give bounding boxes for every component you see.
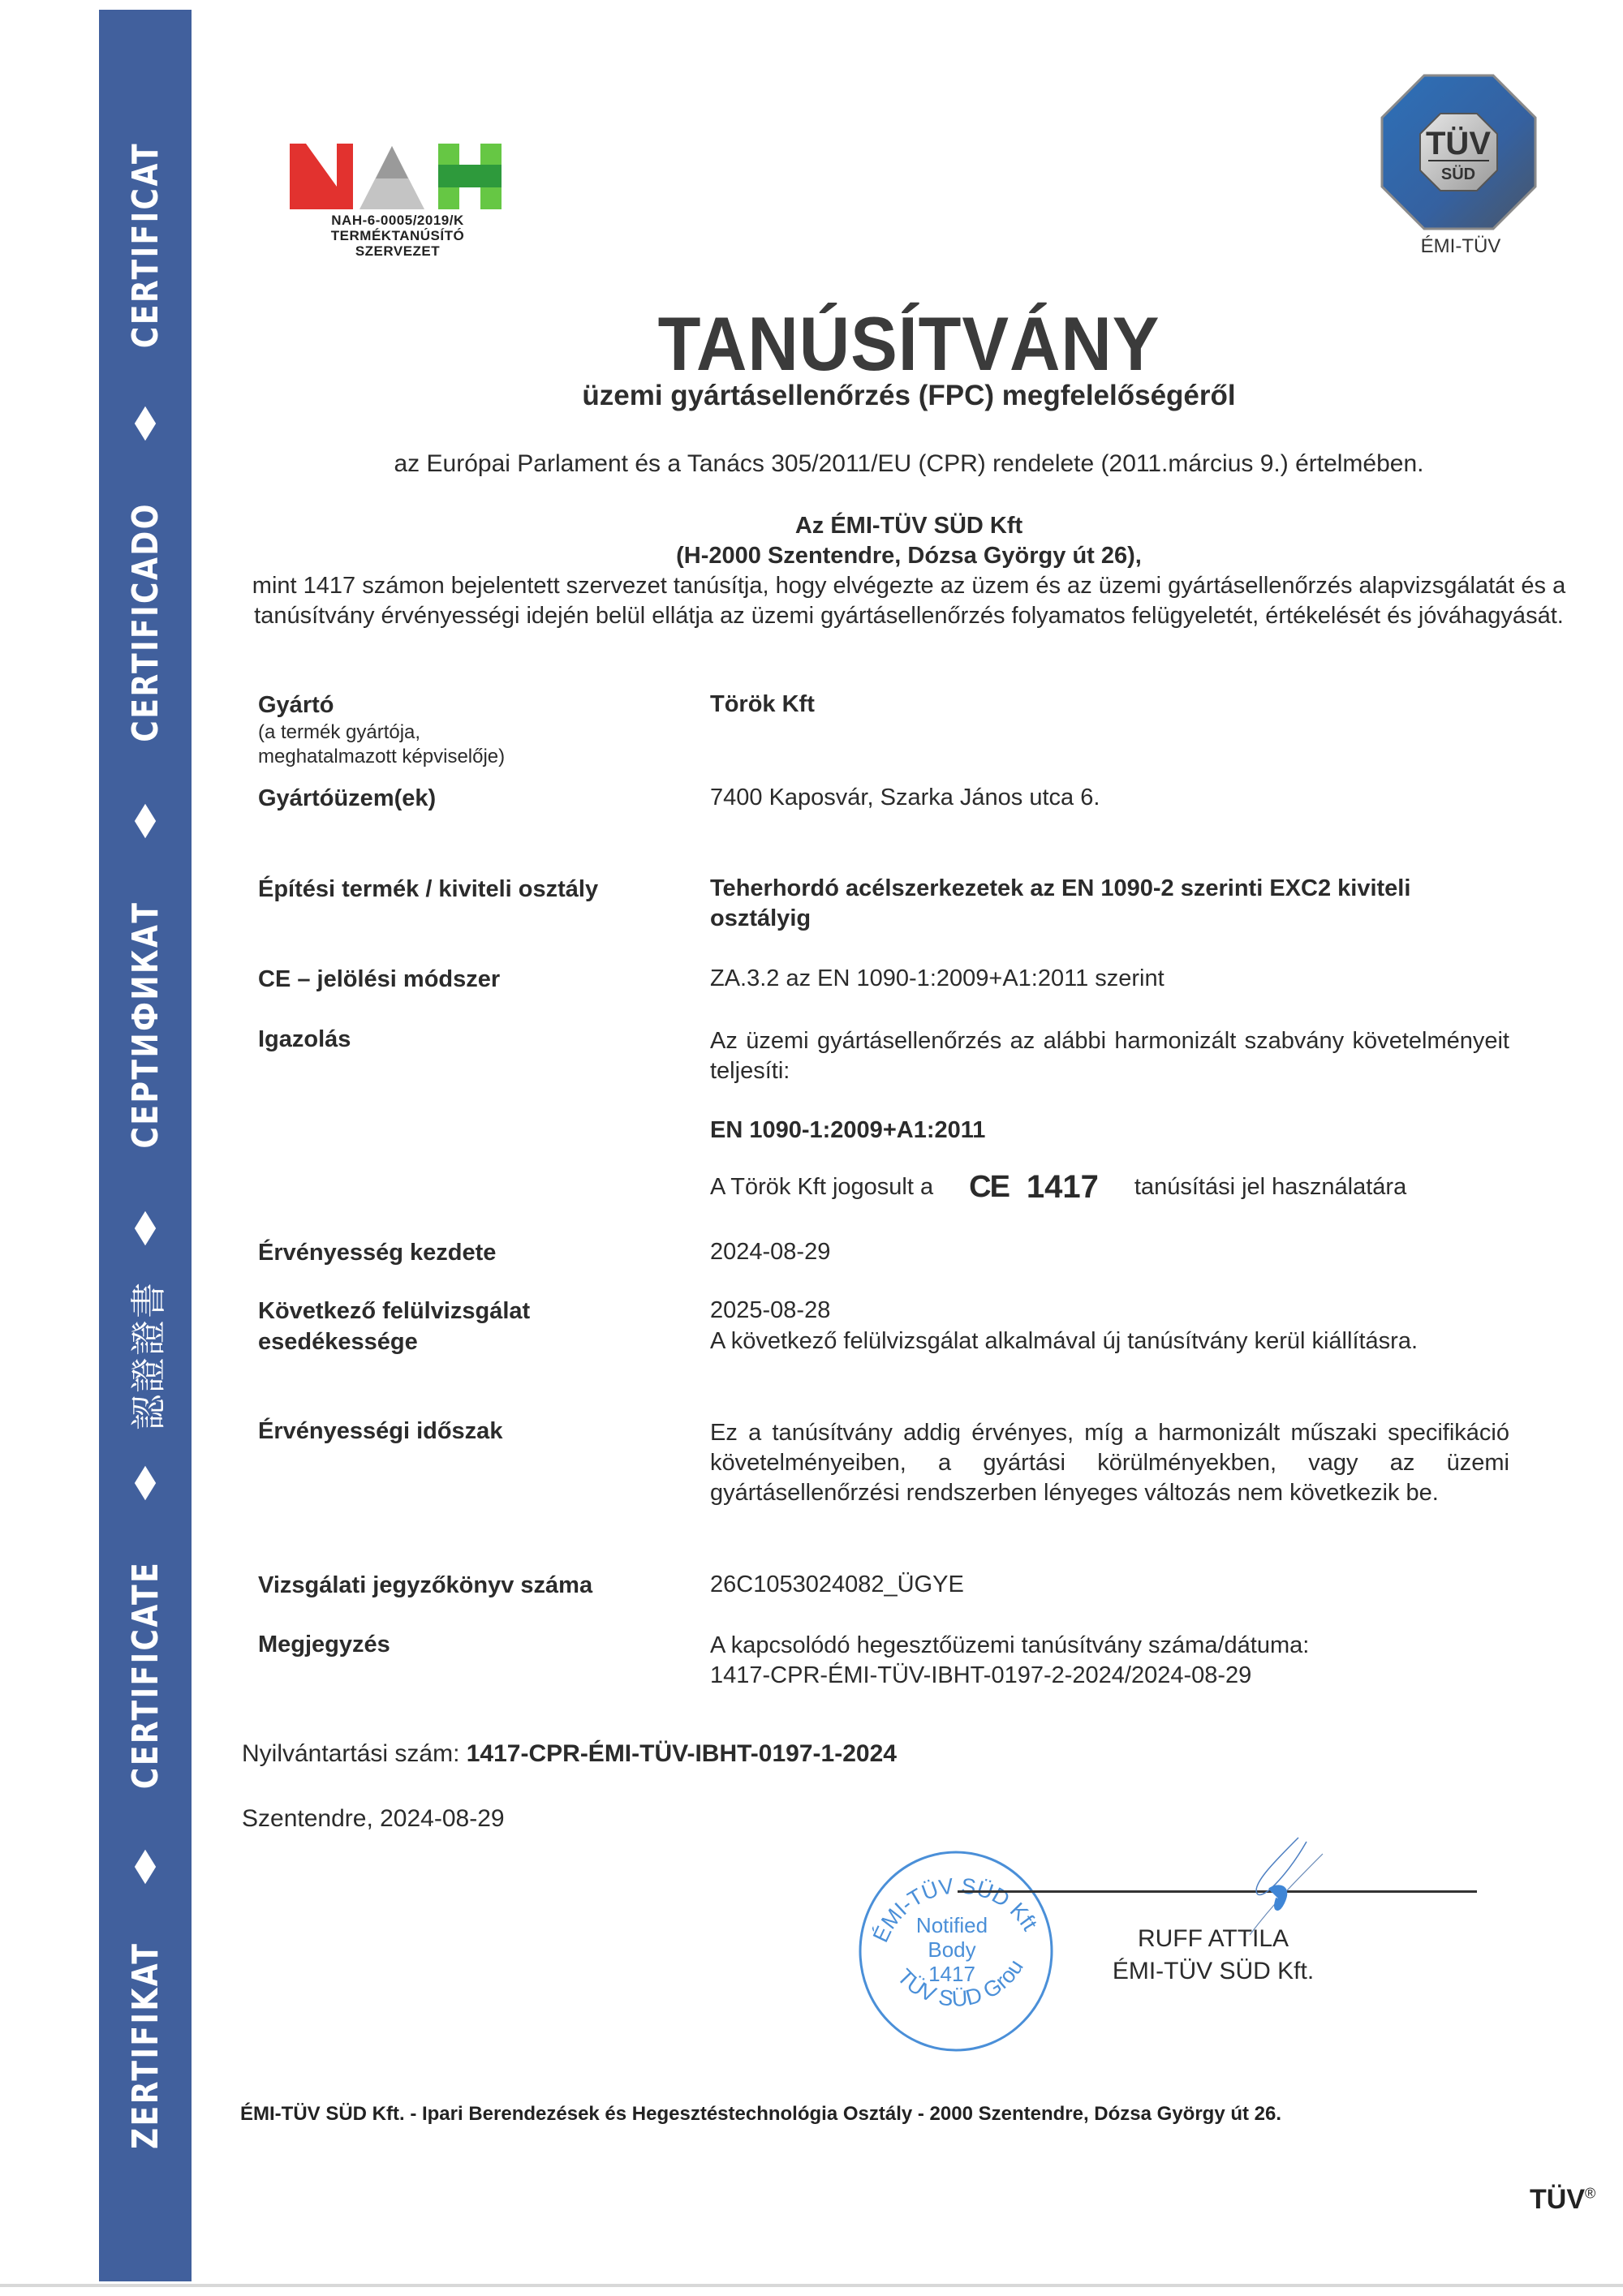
- place-and-date: Szentendre, 2024-08-29: [242, 1805, 505, 1833]
- ce-mark-line: A Török Kft jogosult a CE 1417 tanúsítás…: [710, 1172, 1509, 1202]
- diamond-icon: [135, 804, 156, 838]
- next-review-label: Következő felülvizsgálat esedékessége: [258, 1296, 530, 1357]
- sidebar-word-french: CERTIFICAT: [125, 142, 166, 348]
- product-label: Építési termék / kiviteli osztály: [258, 874, 598, 905]
- remark-value: A kapcsolódó hegesztőüzemi tanúsítvány s…: [710, 1631, 1509, 1691]
- signer-organization: ÉMI-TÜV SÜD Kft.: [1055, 1955, 1371, 1988]
- tuv-sud-logo: TÜV SÜD: [1375, 69, 1542, 235]
- report-number-label: Vizsgálati jegyzőkönyv száma: [258, 1570, 592, 1601]
- manufacturer-value: Török Kft: [710, 690, 1509, 720]
- notified-body-stamp: ÉMI-TÜV SÜD Kft TÜV SÜD Group Notified B…: [850, 1842, 1061, 2053]
- diamond-icon: [135, 406, 156, 440]
- verification-value: Az üzemi gyártásellenőrzés az alábbi har…: [710, 1026, 1509, 1086]
- svg-text:TÜV: TÜV: [1426, 125, 1491, 161]
- regulation-reference: az Európai Parlament és a Tanács 305/201…: [243, 450, 1574, 478]
- nah-accreditation-text: NAH-6-0005/2019/K TERMÉKTANÚSÍTÓ SZERVEZ…: [280, 213, 515, 259]
- manufacturer-label: Gyártó (a termék gyártója, meghatalmazot…: [258, 690, 505, 769]
- nah-number: NAH-6-0005/2019/K: [280, 213, 515, 228]
- product-value: Teherhordó acélszerkezetek az EN 1090-2 …: [710, 874, 1509, 934]
- sidebar-multilingual-text: ZERTIFIKAT CERTIFICATE 認證證書 СЕРТИФИКАТ C…: [99, 10, 192, 2281]
- sidebar-word-german: ZERTIFIKAT: [125, 1942, 166, 2149]
- ce-method-value: ZA.3.2 az EN 1090-1:2009+A1:2011 szerint: [710, 964, 1509, 994]
- next-review-date: 2025-08-28: [710, 1296, 1509, 1326]
- diamond-icon: [135, 1466, 156, 1500]
- ce-method-label: CE – jelölési módszer: [258, 964, 500, 995]
- sidebar-word-spanish: CERTIFICADO: [125, 502, 166, 742]
- signer-block: RUFF ATTILA ÉMI-TÜV SÜD Kft.: [1055, 1923, 1371, 1988]
- issuer-statement-text: mint 1417 számon bejelentett szervezet t…: [243, 571, 1574, 631]
- nah-n-shape: [290, 144, 353, 209]
- next-review-note: A következő felülvizsgálat alkalmával új…: [710, 1326, 1509, 1357]
- sidebar-word-english: CERTIFICATE: [125, 1561, 166, 1789]
- footer-tuv-brand: TÜV®: [1530, 2184, 1595, 2216]
- footer-address: ÉMI-TÜV SÜD Kft. - Ipari Berendezések és…: [240, 2103, 1281, 2126]
- svg-text:1417: 1417: [928, 1962, 975, 1986]
- ce-mark-icon: CE: [969, 1172, 1009, 1202]
- issuer-statement: Az ÉMI-TÜV SÜD Kft (H-2000 Szentendre, D…: [243, 511, 1574, 631]
- plant-value: 7400 Kaposvár, Szarka János utca 6.: [710, 783, 1509, 813]
- valid-from-label: Érvényesség kezdete: [258, 1237, 496, 1268]
- sidebar-word-chinese: 認證證書: [119, 1281, 171, 1430]
- emi-tuv-label: ÉMI-TÜV: [1380, 235, 1542, 258]
- diamond-icon: [135, 1850, 156, 1884]
- diamond-icon: [135, 1211, 156, 1245]
- nah-accreditation-logo: [288, 142, 503, 211]
- certificate-sidebar-band: ZERTIFIKAT CERTIFICATE 認證證書 СЕРТИФИКАТ C…: [99, 10, 192, 2281]
- harmonized-standard: EN 1090-1:2009+A1:2011: [710, 1116, 1509, 1146]
- document-title: TANÚSÍTVÁNY: [297, 300, 1522, 388]
- validity-period-label: Érvényességi időszak: [258, 1416, 502, 1447]
- issuer-address: (H-2000 Szentendre, Dózsa György út 26),: [243, 541, 1574, 571]
- issuer-name: Az ÉMI-TÜV SÜD Kft: [243, 511, 1574, 541]
- svg-text:Notified: Notified: [916, 1913, 988, 1937]
- page-bottom-edge: [0, 2284, 1623, 2287]
- notified-body-number: 1417: [1027, 1172, 1099, 1202]
- svg-text:SÜD: SÜD: [1441, 165, 1475, 183]
- plant-label: Gyártóüzem(ek): [258, 783, 436, 814]
- valid-from-value: 2024-08-29: [710, 1237, 1509, 1267]
- signer-name: RUFF ATTILA: [1055, 1923, 1371, 1955]
- document-subtitle: üzemi gyártásellenőrzés (FPC) megfelelős…: [243, 380, 1574, 412]
- report-number-value: 26C1053024082_ÜGYE: [710, 1570, 1509, 1600]
- remark-label: Megjegyzés: [258, 1629, 390, 1660]
- verification-label: Igazolás: [258, 1024, 351, 1055]
- validity-period-value: Ez a tanúsítvány addig érvényes, míg a h…: [710, 1418, 1509, 1508]
- sidebar-word-russian: СЕРТИФИКАТ: [125, 901, 166, 1148]
- svg-text:Body: Body: [928, 1937, 975, 1962]
- registration-number: Nyilvántartási szám: 1417-CPR-ÉMI-TÜV-IB…: [242, 1740, 897, 1768]
